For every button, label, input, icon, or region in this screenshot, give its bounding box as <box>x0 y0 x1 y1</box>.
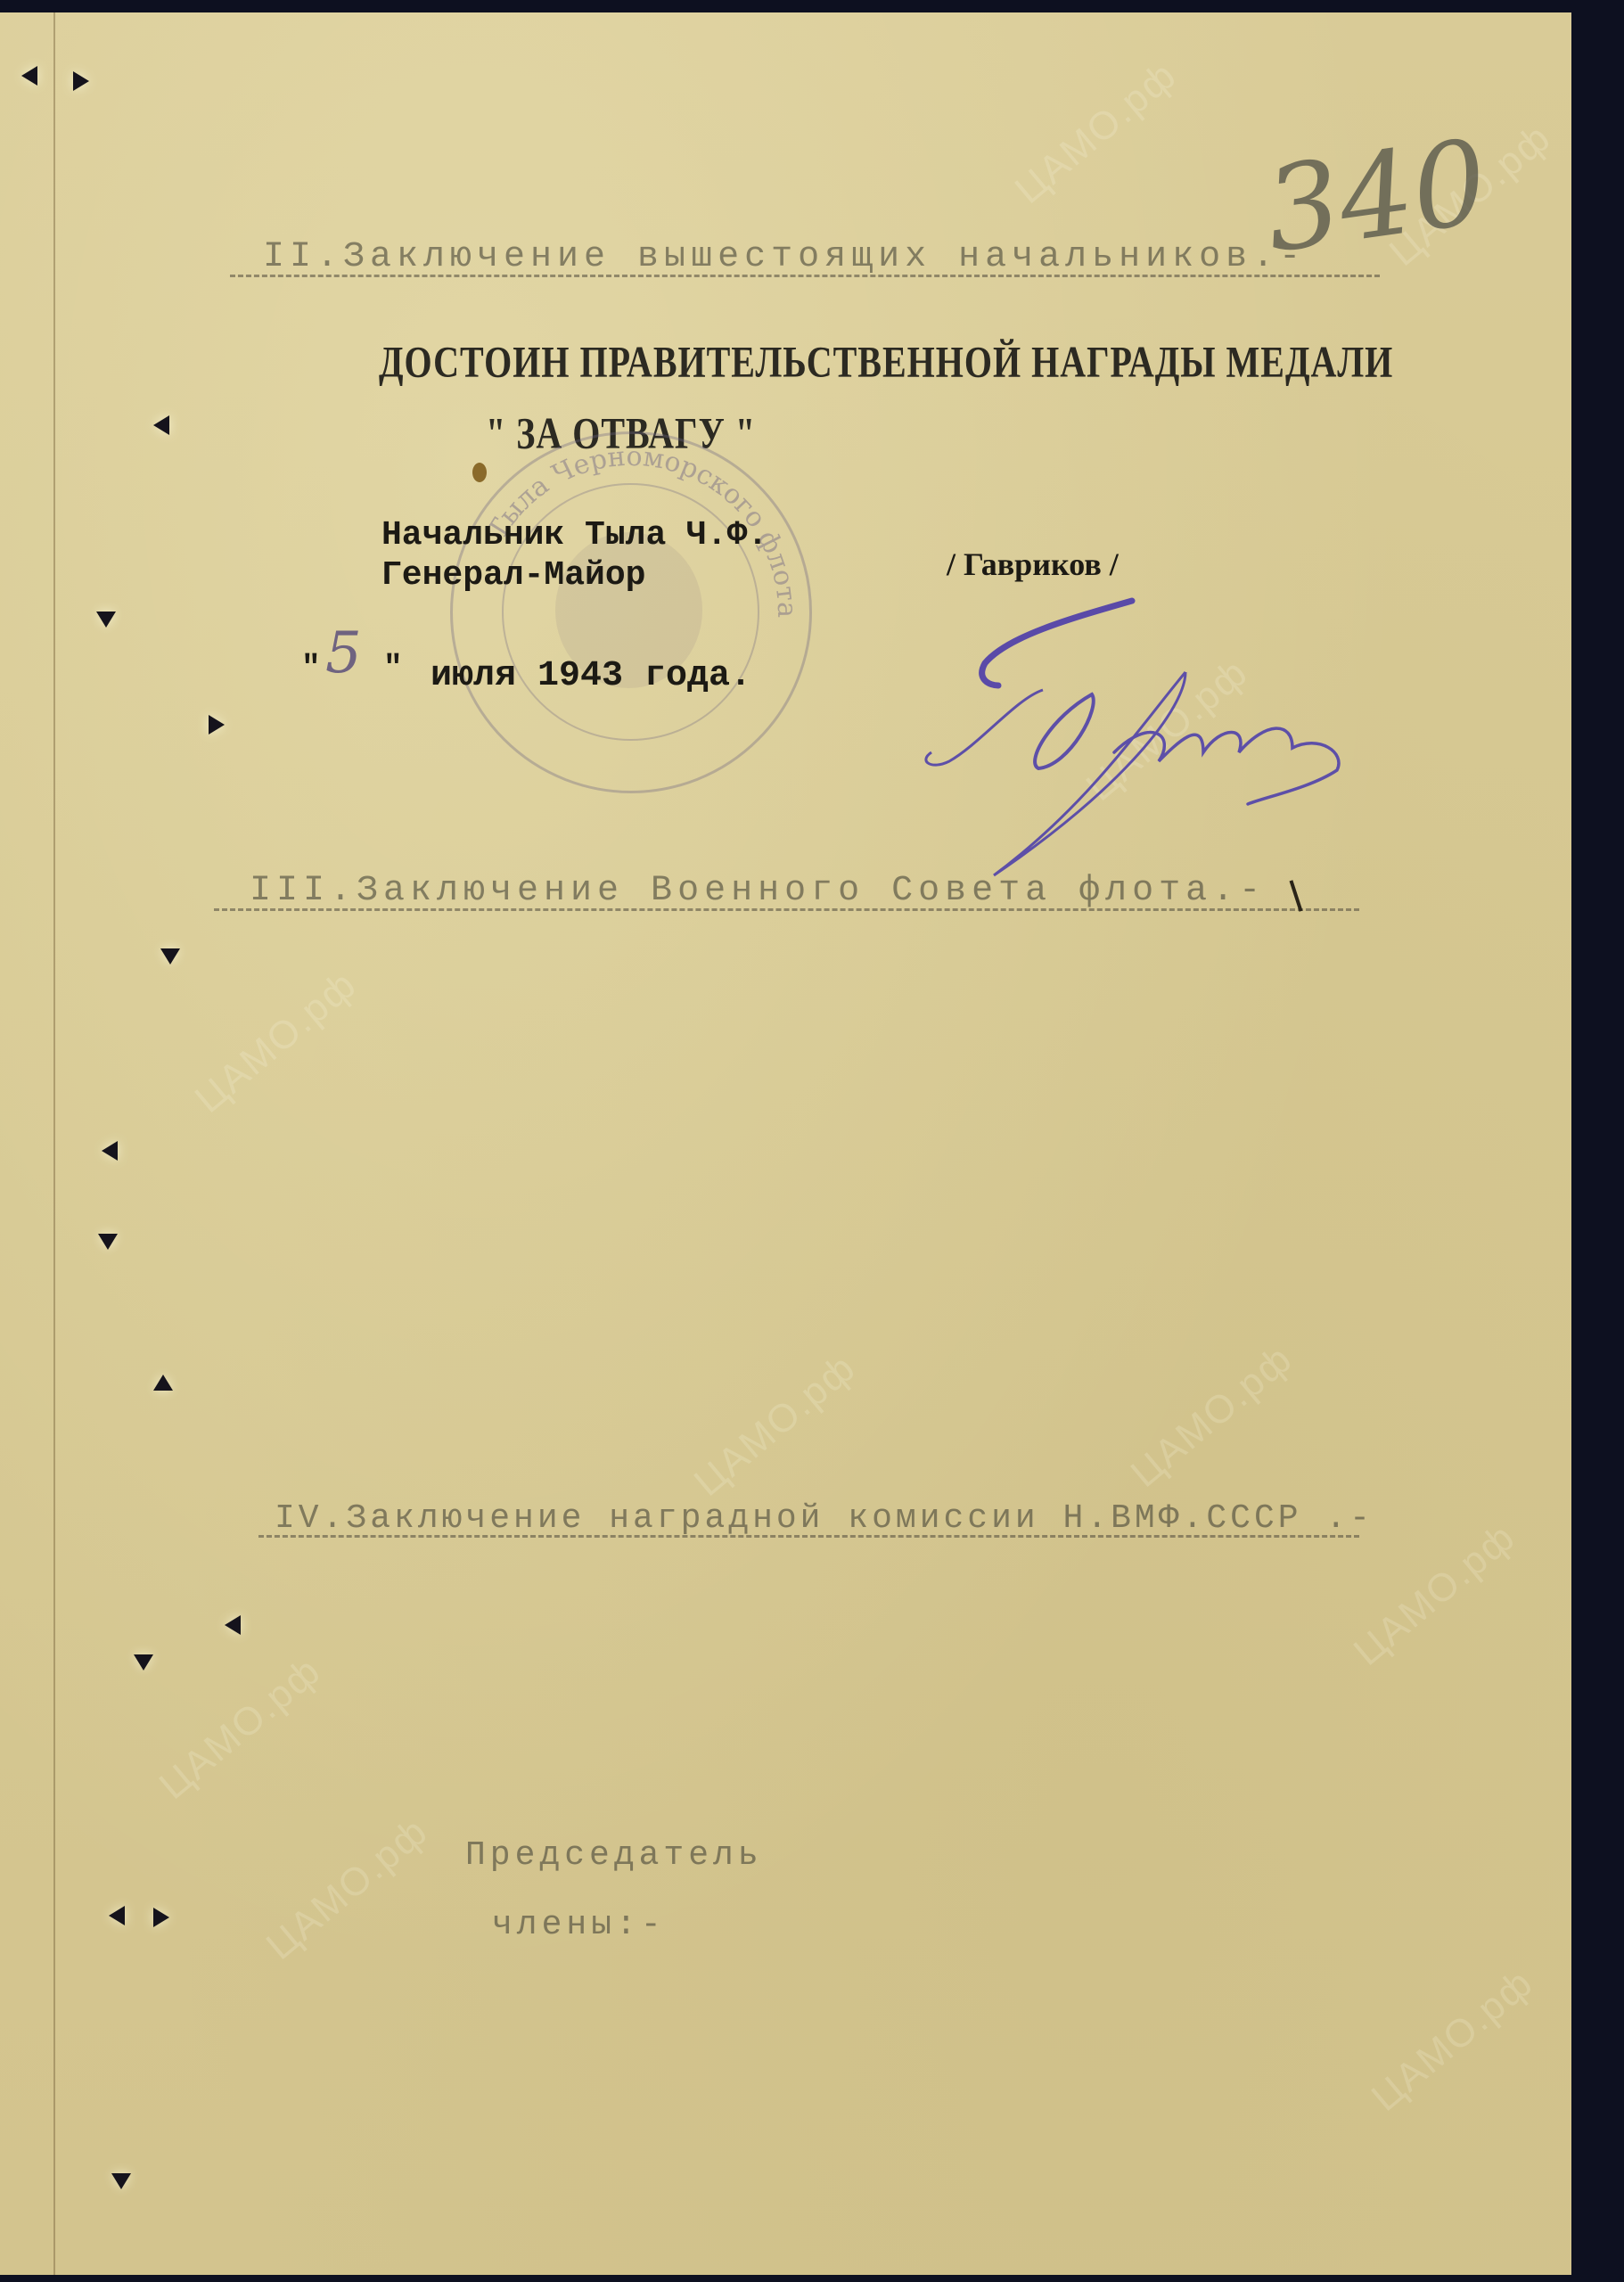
signer-title-line1: Начальник Тыла Ч.Ф. <box>381 516 767 554</box>
punch-hole <box>102 1141 118 1161</box>
punch-hole <box>160 948 180 965</box>
punch-hole <box>21 66 37 86</box>
pen-mark <box>1290 880 1303 911</box>
watermark: ЦАМО.рф <box>1364 1960 1542 2121</box>
watermark: ЦАМО.рф <box>1346 1514 1524 1675</box>
date-open-quote: " <box>301 650 321 686</box>
punch-hole <box>98 1234 118 1250</box>
punch-hole <box>111 2173 131 2189</box>
section-2-title: II.Заключение вышестоящих начальников.- <box>263 237 1306 277</box>
watermark: ЦАМО.рф <box>187 962 365 1122</box>
binding-fold-line <box>53 12 55 2275</box>
ink-blot <box>472 463 487 482</box>
handwritten-signature <box>909 574 1390 877</box>
watermark: ЦАМО.рф <box>686 1345 865 1506</box>
punch-hole <box>153 1908 169 1927</box>
section-3-rule <box>214 908 1359 911</box>
section-4-title: IV.Заключение наградной комиссии Н.ВМФ.С… <box>275 1499 1374 1538</box>
watermark: ЦАМО.рф <box>1123 1336 1301 1497</box>
punch-hole <box>153 1375 173 1391</box>
official-seal: Тыла Черноморского флота <box>450 431 812 793</box>
award-decision-line1: ДОСТОИН ПРАВИТЕЛЬСТВЕННОЙ НАГРАДЫ МЕДАЛИ <box>379 335 1393 388</box>
punch-hole <box>225 1615 241 1635</box>
watermark: ЦАМО.рф <box>152 1648 330 1809</box>
seal-ring-text: Тыла Черноморского флота <box>453 434 809 791</box>
watermark: ЦАМО.рф <box>1007 53 1185 213</box>
section-3-title: III.Заключение Военного Совета флота.- <box>250 871 1266 911</box>
chairman-label: Председатель <box>465 1836 763 1875</box>
watermark: ЦАМО.рф <box>258 1809 437 1969</box>
date-day-handwritten: 5 <box>325 620 362 686</box>
section-2-rule <box>230 275 1380 277</box>
signer-title-line2: Генерал-Майор <box>381 556 645 595</box>
punch-hole <box>209 715 225 735</box>
punch-hole <box>134 1654 153 1670</box>
date-text: июля 1943 года. <box>431 656 751 696</box>
punch-hole <box>73 71 89 91</box>
punch-hole <box>153 415 169 435</box>
punch-hole <box>109 1906 125 1925</box>
members-label: члены:- <box>492 1906 666 1944</box>
date-close-quote: " <box>383 650 403 686</box>
document-page: ЦАМО.рф ЦАМО.рф ЦАМО.рф ЦАМО.рф ЦАМО.рф … <box>0 12 1571 2275</box>
section-4-rule <box>258 1535 1359 1538</box>
punch-hole <box>96 612 116 628</box>
